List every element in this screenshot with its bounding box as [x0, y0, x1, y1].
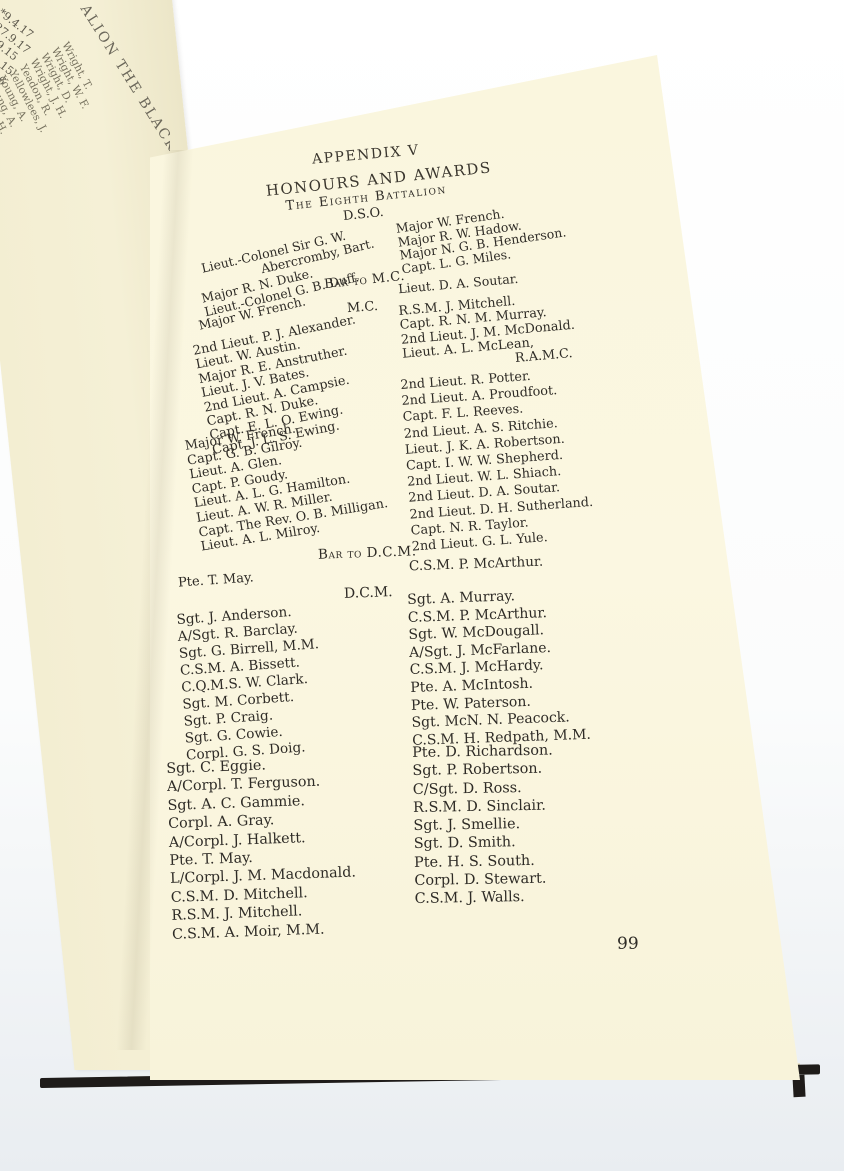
list-item: C/Sgt. D. Ross.: [413, 778, 554, 799]
dcm-left-list: Sgt. J. Anderson. A/Sgt. R. Barclay. Sgt…: [176, 602, 327, 764]
left-page-text-fragment: ALION THE BLACK WATCH *9.4.17 *27.9.17 2…: [0, 0, 170, 380]
mc-right-list: R.S.M. J. Mitchell. Capt. R. N. M. Murra…: [398, 290, 578, 376]
dcm-left-list-continued: Sgt. C. Eggie. A/Corpl. T. Ferguson. Sgt…: [166, 754, 358, 944]
list-item: Pte. D. Richardson.: [412, 742, 553, 763]
dcm-right-list-continued: Pte. D. Richardson. Sgt. P. Robertson. C…: [412, 742, 555, 909]
list-item: Sgt. D. Smith.: [414, 833, 555, 854]
list-item: Sgt. P. Robertson.: [412, 760, 553, 781]
mc-right-list-continued: 2nd Lieut. R. Potter. 2nd Lieut. A. Prou…: [400, 365, 596, 556]
list-item: Corpl. D. Stewart.: [414, 870, 555, 891]
dcm-right-list: Sgt. A. Murray. C.S.M. P. McArthur. Sgt.…: [407, 586, 591, 750]
list-item: R.S.M. D. Sinclair.: [413, 796, 554, 817]
list-item: C.S.M. J. Walls.: [415, 888, 556, 909]
list-item: Pte. H. S. South.: [414, 851, 555, 872]
page-number: 99: [617, 934, 639, 954]
section-heading-dcm: D.C.M.: [344, 584, 393, 602]
list-item: Sgt. J. Smellie.: [413, 815, 554, 836]
